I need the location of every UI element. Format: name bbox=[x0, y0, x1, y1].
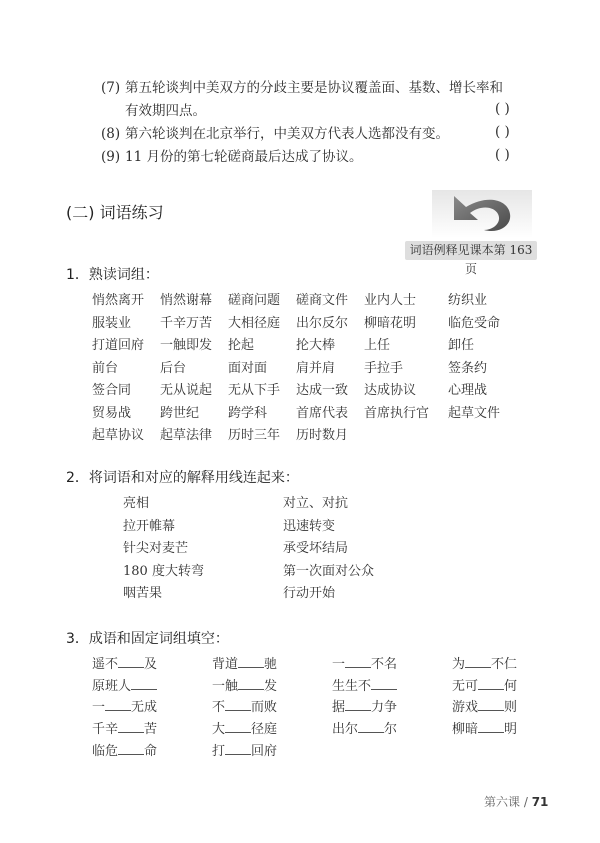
fill-item: 千辛苦 bbox=[92, 718, 212, 737]
word: 达成协议 bbox=[364, 379, 448, 398]
blank-field[interactable] bbox=[345, 699, 371, 711]
item-number: (9) bbox=[101, 147, 125, 167]
fill-item: 一不名 bbox=[332, 653, 452, 672]
blank-field[interactable] bbox=[345, 656, 371, 668]
fill-item: 遥不及 bbox=[92, 653, 212, 672]
blank-row: 原班人一触发生生不无可何 bbox=[92, 675, 572, 697]
word: 一触即发 bbox=[160, 334, 228, 353]
word-row: 服装业千辛万苦大相径庭出尔反尔柳暗花明临危受命 bbox=[92, 312, 500, 335]
blank-field[interactable] bbox=[105, 699, 131, 711]
word-group-grid: 悄然离开悄然谢幕磋商问题磋商文件业内人士纺织业 服装业千辛万苦大相径庭出尔反尔柳… bbox=[92, 289, 500, 447]
blank-field[interactable] bbox=[478, 699, 504, 711]
word: 出尔反尔 bbox=[296, 312, 364, 331]
word: 无从下手 bbox=[228, 379, 296, 398]
word: 前台 bbox=[92, 357, 160, 376]
word: 卸任 bbox=[448, 334, 474, 353]
word: 跨世纪 bbox=[160, 402, 228, 421]
match-definition[interactable]: 行动开始 bbox=[283, 586, 335, 601]
word: 纺织业 bbox=[448, 289, 487, 308]
textbook-reference-label: 词语例释见课本第 163 页 bbox=[405, 241, 537, 260]
match-row: 亮相对立、对抗 bbox=[123, 492, 374, 515]
page-number: 71 bbox=[532, 795, 549, 809]
word: 大相径庭 bbox=[228, 312, 296, 331]
word: 柳暗花明 bbox=[364, 312, 448, 331]
word: 达成一致 bbox=[296, 379, 364, 398]
word: 历时数月 bbox=[296, 424, 364, 443]
question-2-title: 2．将词语和对应的解释用线连起来： bbox=[66, 467, 299, 487]
blank-field[interactable] bbox=[478, 721, 504, 733]
match-definition[interactable]: 对立、对抗 bbox=[283, 496, 348, 511]
blank-field[interactable] bbox=[371, 678, 397, 690]
tf-item-7: (7)第五轮谈判中美双方的分歧主要是协议覆盖面、基数、增长率和 bbox=[101, 78, 503, 98]
word: 手拉手 bbox=[364, 357, 448, 376]
answer-parens[interactable]: ( ) bbox=[495, 124, 510, 140]
word: 磋商问题 bbox=[228, 289, 296, 308]
word: 临危受命 bbox=[448, 312, 500, 331]
word: 签合同 bbox=[92, 379, 160, 398]
word: 跨学科 bbox=[228, 402, 296, 421]
fill-item: 一触发 bbox=[212, 675, 332, 694]
fill-item: 一无成 bbox=[92, 696, 212, 715]
page-footer: 第六课 / 71 bbox=[484, 793, 548, 810]
blank-row: 临危命打回府 bbox=[92, 740, 572, 762]
answer-parens[interactable]: ( ) bbox=[495, 101, 510, 117]
word: 抡大棒 bbox=[296, 334, 364, 353]
match-definition[interactable]: 迅速转变 bbox=[283, 519, 335, 534]
answer-parens[interactable]: ( ) bbox=[495, 147, 510, 163]
word: 无从说起 bbox=[160, 379, 228, 398]
word: 磋商文件 bbox=[296, 289, 364, 308]
question-3-title: 3．成语和固定词组填空： bbox=[66, 628, 229, 648]
blank-field[interactable] bbox=[478, 678, 504, 690]
fill-item: 打回府 bbox=[212, 740, 332, 759]
blank-row: 千辛苦大径庭出尔尔柳暗明 bbox=[92, 718, 572, 740]
word: 面对面 bbox=[228, 357, 296, 376]
word: 后台 bbox=[160, 357, 228, 376]
lesson-label: 第六课 / bbox=[484, 795, 532, 809]
word: 起草法律 bbox=[160, 424, 228, 443]
item-number: (8) bbox=[101, 124, 125, 144]
word: 服装业 bbox=[92, 312, 160, 331]
blank-field[interactable] bbox=[225, 699, 251, 711]
fill-item: 柳暗明 bbox=[452, 718, 572, 737]
word: 起草文件 bbox=[448, 402, 500, 421]
fill-item: 出尔尔 bbox=[332, 718, 452, 737]
matching-exercise: 亮相对立、对抗 拉开帷幕迅速转变 针尖对麦芒承受坏结局 180 度大转弯第一次面… bbox=[123, 492, 374, 605]
word: 肩并肩 bbox=[296, 357, 364, 376]
blank-field[interactable] bbox=[131, 678, 157, 690]
blank-field[interactable] bbox=[465, 656, 491, 668]
fill-item: 背道驰 bbox=[212, 653, 332, 672]
match-definition[interactable]: 承受坏结局 bbox=[283, 541, 348, 556]
word: 签条约 bbox=[448, 357, 487, 376]
item-text: 11 月份的第七轮磋商最后达成了协议。 bbox=[125, 149, 362, 165]
fill-item: 临危命 bbox=[92, 740, 212, 759]
word: 历时三年 bbox=[228, 424, 296, 443]
word: 千辛万苦 bbox=[160, 312, 228, 331]
match-term[interactable]: 咽苦果 bbox=[123, 582, 283, 601]
blank-field[interactable] bbox=[238, 678, 264, 690]
blank-field[interactable] bbox=[358, 721, 384, 733]
match-term[interactable]: 180 度大转弯 bbox=[123, 560, 283, 579]
match-row: 拉开帷幕迅速转变 bbox=[123, 515, 374, 538]
tf-item-9: (9)11 月份的第七轮磋商最后达成了协议。 bbox=[101, 147, 362, 167]
blank-field[interactable] bbox=[238, 656, 264, 668]
blank-field[interactable] bbox=[225, 721, 251, 733]
fill-item: 生生不 bbox=[332, 675, 452, 694]
section-title: (二) 词语练习 bbox=[66, 200, 164, 223]
word: 业内人士 bbox=[364, 289, 448, 308]
word-row: 悄然离开悄然谢幕磋商问题磋商文件业内人士纺织业 bbox=[92, 289, 500, 312]
tf-item-8: (8)第六轮谈判在北京举行，中美双方代表人选都没有变。 bbox=[101, 124, 449, 144]
blank-row: 一无成不而败据力争游戏则 bbox=[92, 696, 572, 718]
blank-field[interactable] bbox=[118, 721, 144, 733]
word-row: 起草协议起草法律历时三年历时数月 bbox=[92, 424, 500, 447]
fill-in-blank-grid: 遥不及背道驰一不名为不仁 原班人一触发生生不无可何 一无成不而败据力争游戏则 千… bbox=[92, 653, 572, 761]
word: 心理战 bbox=[448, 379, 487, 398]
match-row: 180 度大转弯第一次面对公众 bbox=[123, 560, 374, 583]
item-text: 有效期四点。 bbox=[125, 103, 206, 119]
word: 贸易战 bbox=[92, 402, 160, 421]
word: 首席代表 bbox=[296, 402, 364, 421]
item-text: 第五轮谈判中美双方的分歧主要是协议覆盖面、基数、增长率和 bbox=[125, 80, 503, 96]
word: 打道回府 bbox=[92, 334, 160, 353]
fill-item: 不而败 bbox=[212, 696, 332, 715]
match-row: 针尖对麦芒承受坏结局 bbox=[123, 537, 374, 560]
question-1-title: 1．熟读词组： bbox=[66, 264, 159, 284]
item-number: (7) bbox=[101, 78, 125, 98]
match-term[interactable]: 针尖对麦芒 bbox=[123, 537, 283, 556]
item-text: 第六轮谈判在北京举行，中美双方代表人选都没有变。 bbox=[125, 126, 449, 142]
blank-field[interactable] bbox=[225, 743, 251, 755]
match-term[interactable]: 拉开帷幕 bbox=[123, 515, 283, 534]
word: 首席执行官 bbox=[364, 402, 448, 421]
word: 抡起 bbox=[228, 334, 296, 353]
fill-item: 据力争 bbox=[332, 696, 452, 715]
match-definition[interactable]: 第一次面对公众 bbox=[283, 564, 374, 579]
word: 悄然谢幕 bbox=[160, 289, 228, 308]
word-row: 签合同无从说起无从下手达成一致达成协议心理战 bbox=[92, 379, 500, 402]
blank-field[interactable] bbox=[118, 743, 144, 755]
word: 悄然离开 bbox=[92, 289, 160, 308]
fill-item: 原班人 bbox=[92, 675, 212, 694]
word: 上任 bbox=[364, 334, 448, 353]
fill-item: 游戏则 bbox=[452, 696, 572, 715]
word-row: 前台后台面对面肩并肩手拉手签条约 bbox=[92, 357, 500, 380]
word-row: 贸易战跨世纪跨学科首席代表首席执行官起草文件 bbox=[92, 402, 500, 425]
fill-item: 为不仁 bbox=[452, 653, 572, 672]
fill-item: 大径庭 bbox=[212, 718, 332, 737]
blank-row: 遥不及背道驰一不名为不仁 bbox=[92, 653, 572, 675]
fill-item: 无可何 bbox=[452, 675, 572, 694]
word-row: 打道回府一触即发抡起抡大棒上任卸任 bbox=[92, 334, 500, 357]
match-term[interactable]: 亮相 bbox=[123, 492, 283, 511]
tf-item-7-cont: 有效期四点。 bbox=[125, 101, 206, 121]
blank-field[interactable] bbox=[118, 656, 144, 668]
return-arrow-icon bbox=[432, 190, 532, 238]
word: 起草协议 bbox=[92, 424, 160, 443]
match-row: 咽苦果行动开始 bbox=[123, 582, 374, 605]
